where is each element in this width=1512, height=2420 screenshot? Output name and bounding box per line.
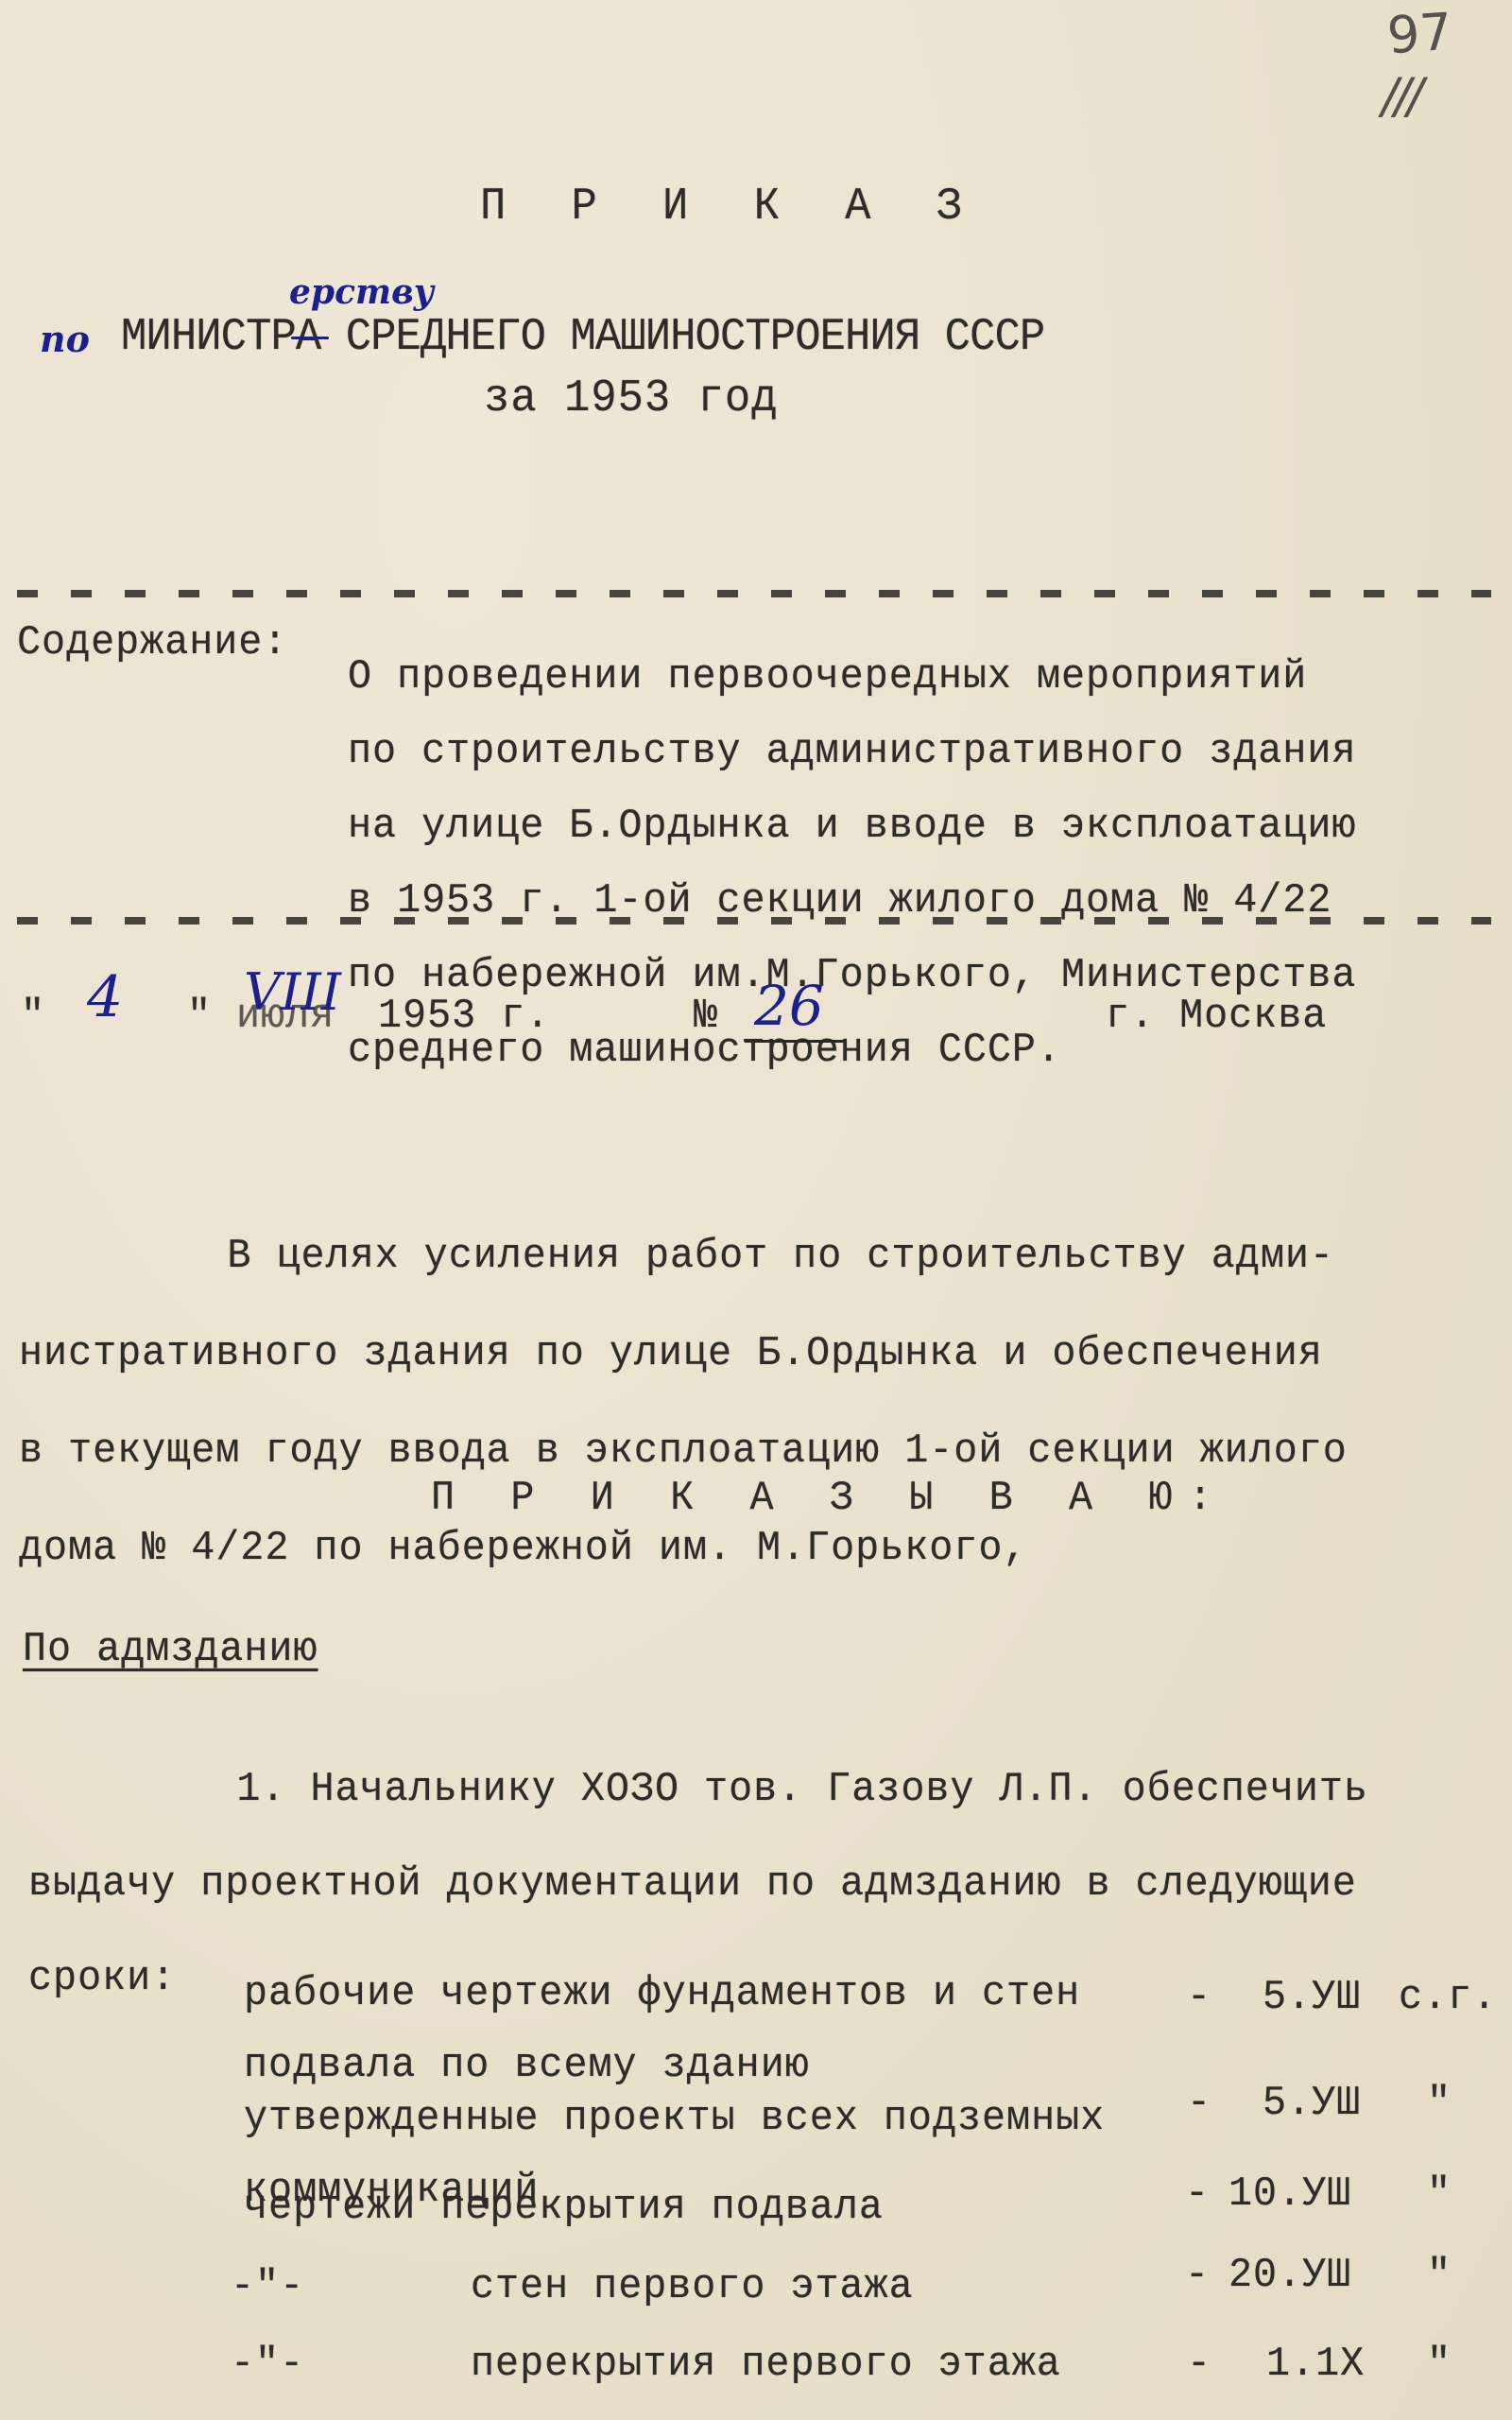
strikethrough-mark (291, 337, 329, 339)
item-1-line: выдачу проектной документации по адмздан… (28, 1860, 1368, 1921)
schedule-ditto: -"- (231, 2341, 304, 2388)
schedule-text: утвержденные проекты всех подземных (244, 2095, 1105, 2133)
archive-volume-mark: /// (1382, 68, 1420, 125)
schedule-text: стен первого этажа (471, 2263, 914, 2310)
preamble-line: В целях усиления работ по строительству … (19, 1233, 1348, 1296)
order-number-handwritten: 26 (754, 974, 824, 1038)
schedule-ditto: -"- (231, 2263, 304, 2310)
date-day-handwritten: 4 (87, 964, 123, 1030)
schedule-date: 20.УШ (1228, 2252, 1351, 2299)
preamble: В целях усиления работ по строительству … (19, 1199, 1417, 1605)
schedule-date: 10.УШ (1228, 2170, 1351, 2218)
schedule-date: 5.УШ (1263, 1974, 1361, 2021)
handwritten-prefix: по (40, 318, 90, 360)
date-month-handwritten: VIII (244, 962, 341, 1022)
preamble-line: нистративного здания по улице Б.Ордынка … (19, 1330, 1348, 1393)
schedule-text: чертежи перекрытия подвала (244, 2184, 884, 2231)
date-open-quote: " (21, 993, 45, 1040)
schedule-text: рабочие чертежи фундаментов и стен (244, 1970, 1080, 2008)
handwritten-correction: ерству (289, 272, 434, 312)
document-title: П Р И К А З (480, 181, 982, 233)
year-line: за 1953 год (484, 373, 778, 424)
order-number-underline (745, 1040, 845, 1043)
schedule-text: перекрытия первого этажа (471, 2341, 1061, 2388)
dashed-separator-bottom (17, 917, 1491, 925)
schedule-suffix: с.г. (1399, 1974, 1497, 2021)
summary-line: по набережной им.М.Горького, Министерств… (348, 952, 1356, 993)
section-title: По адмзданию (23, 1626, 318, 1673)
archive-sheet-number: 97 (1385, 2, 1454, 66)
city: г. Москва (1106, 993, 1327, 1040)
summary-line: на улице Б.Ордынка и вводе в эксплоатаци… (348, 803, 1356, 843)
schedule-dash: - (1185, 2170, 1210, 2218)
summary-line: по строительству административного здани… (348, 728, 1356, 769)
ministry-line: МИНИСТРА СРЕДНЕГО МАШИНОСТРОЕНИЯ СССР (121, 312, 1044, 363)
date-year: 1953 г. (378, 993, 550, 1040)
schedule-dash: - (1187, 2080, 1211, 2127)
schedule-suffix: " (1427, 2252, 1452, 2299)
schedule-suffix: " (1427, 2170, 1452, 2218)
preamble-line: дома № 4/22 по набережной им. М.Горького… (19, 1525, 1348, 1588)
dashed-separator-top (17, 590, 1491, 597)
item-1-line: 1. Начальнику ХОЗО тов. Газову Л.П. обес… (28, 1766, 1368, 1826)
summary-line: О проведении первоочередных мероприятий (348, 653, 1356, 694)
schedule-suffix: " (1427, 2341, 1452, 2388)
summary-label: Содержание: (17, 619, 287, 666)
schedule-dash: - (1185, 2252, 1210, 2299)
schedule-date: 5.УШ (1263, 2080, 1361, 2127)
schedule-date: 1.1Х (1266, 2341, 1365, 2388)
schedule-dash: - (1187, 2341, 1211, 2388)
date-close-quote: " (187, 993, 212, 1040)
order-heading: П Р И К А З Ы В А Ю: (431, 1475, 1228, 1522)
order-number-sign: № (694, 993, 718, 1040)
schedule-dash: - (1187, 1974, 1211, 2021)
summary-line: в 1953 г. 1-ой секции жилого дома № 4/22 (348, 877, 1356, 918)
schedule-suffix: " (1427, 2080, 1452, 2127)
